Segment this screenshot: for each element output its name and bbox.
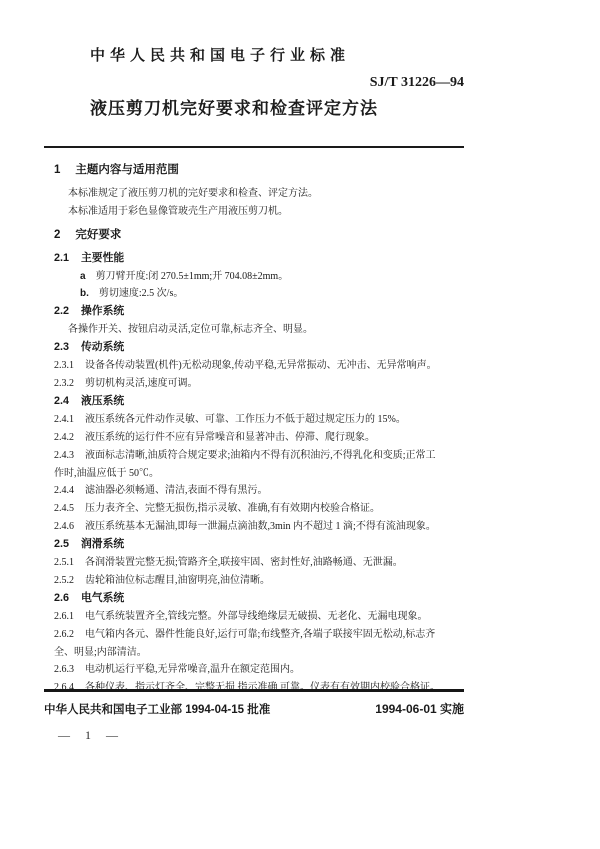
clause-number: 2.5 bbox=[54, 536, 69, 554]
doc-line-2.6.3: 2.6.3电动机运行平稳,无异常噪音,温升在额定范围内。 bbox=[54, 661, 474, 679]
clause-text: 剪刀臂开度:闭 270.5±1mm;开 704.08±2mm。 bbox=[96, 271, 289, 282]
clause-text: 润滑系统 bbox=[81, 538, 124, 550]
clause-number: 2.4.3 bbox=[54, 447, 74, 465]
doc-line-2.3.1: 2.3.1设备各传动装置(机件)无松动现象,传动平稳,无异常振动、无冲击、无异常… bbox=[54, 357, 474, 375]
clause-number: 2.5.1 bbox=[54, 554, 74, 572]
clause-text: 设备各传动装置(机件)无松动现象,传动平稳,无异常振动、无冲击、无异常响声。 bbox=[85, 360, 437, 371]
doc-line-2.4.1: 2.4.1液压系统各元件动作灵敏、可靠、工作压力不低于超过规定压力的 15%。 bbox=[54, 411, 474, 429]
doc-line-2: 2完好要求 bbox=[54, 221, 474, 250]
clause-number: a bbox=[80, 268, 86, 286]
clause-text: 作时,油温应低于 50℃。 bbox=[54, 468, 159, 479]
clause-number: 2.6.3 bbox=[54, 661, 74, 679]
clause-number: 2.1 bbox=[54, 250, 69, 268]
clause-number: 2.6 bbox=[54, 590, 69, 608]
clause-text: 液压系统 bbox=[81, 395, 124, 407]
doc-line-2.2: 2.2操作系统 bbox=[54, 303, 474, 321]
clause-text: 液压系统基本无漏油,即每一泄漏点滴油数,3min 内不超过 1 滴;不得有流油现… bbox=[85, 521, 436, 532]
doc-line-2.4.2: 2.4.2液压系统的运行件不应有异常噪音和显著冲击、停滞、爬行现象。 bbox=[54, 429, 474, 447]
clause-text: 滤油器必须畅通、清洁,表面不得有黑污。 bbox=[85, 485, 268, 496]
doc-line-cont-2: 本标准适用于彩色显像管玻壳生产用液压剪刀机。 bbox=[54, 203, 474, 221]
doc-line-2.5: 2.5润滑系统 bbox=[54, 536, 474, 554]
clause-text: 各操作开关、按钮启动灵活,定位可靠,标志齐全、明显。 bbox=[68, 324, 313, 335]
clause-text: 液面标志清晰,油质符合规定要求;油箱内不得有沉积油污,不得乳化和变质;正常工 bbox=[85, 450, 436, 461]
doc-line-cont-26: 全、明显;内部清洁。 bbox=[54, 644, 474, 662]
clause-number: 2.3.2 bbox=[54, 375, 74, 393]
clause-text: 剪切机构灵活,速度可调。 bbox=[85, 378, 198, 389]
clause-number: 2 bbox=[54, 227, 60, 245]
clause-number: 2.6.1 bbox=[54, 608, 74, 626]
standard-number: SJ/T 31226—94 bbox=[44, 74, 464, 92]
doc-line-2.1: 2.1主要性能 bbox=[54, 250, 474, 268]
header-divider bbox=[44, 146, 464, 148]
implementation-line: 1994-06-01 实施 bbox=[375, 700, 464, 717]
clause-number: 2.4.6 bbox=[54, 518, 74, 536]
clause-number: 2.4.2 bbox=[54, 429, 74, 447]
doc-line-2.4.3: 2.4.3液面标志清晰,油质符合规定要求;油箱内不得有沉积油污,不得乳化和变质;… bbox=[54, 447, 474, 465]
clause-text: 电气系统 bbox=[81, 592, 124, 604]
clause-text: 压力表齐全、完整无损伤,指示灵敏、准确,有有效期内校验合格证。 bbox=[85, 503, 380, 514]
doc-line-2.6: 2.6电气系统 bbox=[54, 590, 474, 608]
clause-text: 液压系统的运行件不应有异常噪音和显著冲击、停滞、爬行现象。 bbox=[85, 432, 375, 443]
doc-line-2.3.2: 2.3.2剪切机构灵活,速度可调。 bbox=[54, 375, 474, 393]
clause-text: 电气箱内各元、器件性能良好,运行可靠;布线整齐,各端子联接牢固无松动,标志齐 bbox=[85, 629, 435, 640]
doc-line-2.6.1: 2.6.1电气系统装置齐全,管线完整。外部导线绝缘层无破损、无老化、无漏电现象。 bbox=[54, 608, 474, 626]
clause-number: 2.5.2 bbox=[54, 572, 74, 590]
doc-line-2.5.2: 2.5.2齿轮箱油位标志醒目,油窗明亮,油位清晰。 bbox=[54, 572, 474, 590]
doc-line-2.4.6: 2.4.6液压系统基本无漏油,即每一泄漏点滴油数,3min 内不超过 1 滴;不… bbox=[54, 518, 474, 536]
doc-line-2.4.4: 2.4.4滤油器必须畅通、清洁,表面不得有黑污。 bbox=[54, 482, 474, 500]
footer-divider bbox=[44, 689, 464, 692]
clause-text: 电动机运行平稳,无异常噪音,温升在额定范围内。 bbox=[85, 664, 300, 675]
clause-text: 主要性能 bbox=[81, 252, 124, 264]
doc-line-cont-8: 各操作开关、按钮启动灵活,定位可靠,标志齐全、明显。 bbox=[54, 321, 474, 339]
clause-number: 2.2 bbox=[54, 303, 69, 321]
doc-line-2.5.1: 2.5.1各润滑装置完整无损;管路齐全,联接牢固、密封性好,油路畅通、无泄漏。 bbox=[54, 554, 474, 572]
clause-text: 各润滑装置完整无损;管路齐全,联接牢固、密封性好,油路畅通、无泄漏。 bbox=[85, 557, 403, 568]
clause-number: 2.4.1 bbox=[54, 411, 74, 429]
doc-line-2.4: 2.4液压系统 bbox=[54, 393, 474, 411]
clause-text: 齿轮箱油位标志醒目,油窗明亮,油位清晰。 bbox=[85, 575, 270, 586]
clause-number: 1 bbox=[54, 162, 60, 180]
document-page: 中华人民共和国电子行业标准 SJ/T 31226—94 液压剪刀机完好要求和检查… bbox=[0, 0, 600, 849]
doc-line-b.: b.剪切速度:2.5 次/s。 bbox=[54, 285, 474, 303]
document-title: 液压剪刀机完好要求和检查评定方法 bbox=[90, 96, 600, 122]
doc-line-2.3: 2.3传动系统 bbox=[54, 339, 474, 357]
clause-text: 完好要求 bbox=[75, 229, 121, 241]
doc-line-a: a剪刀臂开度:闭 270.5±1mm;开 704.08±2mm。 bbox=[54, 268, 474, 286]
standard-org-line: 中华人民共和国电子行业标准 bbox=[90, 0, 600, 66]
clause-text: 电气系统装置齐全,管线完整。外部导线绝缘层无破损、无老化、无漏电现象。 bbox=[85, 611, 428, 622]
clause-number: 2.6.2 bbox=[54, 626, 74, 644]
clause-text: 主题内容与适用范围 bbox=[75, 164, 179, 176]
clause-text: 液压系统各元件动作灵敏、可靠、工作压力不低于超过规定压力的 15%。 bbox=[85, 414, 406, 425]
page-number: — 1 — bbox=[58, 728, 122, 743]
clause-number: b. bbox=[80, 285, 89, 303]
clause-number: 2.4.4 bbox=[54, 482, 74, 500]
clause-number: 2.3.1 bbox=[54, 357, 74, 375]
doc-line-2.4.5: 2.4.5压力表齐全、完整无损伤,指示灵敏、准确,有有效期内校验合格证。 bbox=[54, 500, 474, 518]
clause-text: 全、明显;内部清洁。 bbox=[54, 647, 147, 658]
footer: 中华人民共和国电子工业部 1994-04-15 批准 1994-06-01 实施 bbox=[44, 700, 464, 717]
clause-text: 传动系统 bbox=[81, 341, 124, 353]
doc-line-2.6.2: 2.6.2电气箱内各元、器件性能良好,运行可靠;布线整齐,各端子联接牢固无松动,… bbox=[54, 626, 474, 644]
clause-number: 2.3 bbox=[54, 339, 69, 357]
clause-text: 本标准规定了液压剪刀机的完好要求和检查、评定方法。 bbox=[68, 188, 318, 199]
clause-text: 本标准适用于彩色显像管玻壳生产用液压剪刀机。 bbox=[68, 206, 288, 217]
clause-number: 2.4 bbox=[54, 393, 69, 411]
doc-line-1: 1主题内容与适用范围 bbox=[54, 156, 474, 185]
clause-text: 剪切速度:2.5 次/s。 bbox=[99, 288, 183, 299]
doc-line-cont-1: 本标准规定了液压剪刀机的完好要求和检查、评定方法。 bbox=[54, 185, 474, 203]
doc-line-cont-16: 作时,油温应低于 50℃。 bbox=[54, 465, 474, 483]
approval-line: 中华人民共和国电子工业部 1994-04-15 批准 bbox=[44, 701, 270, 717]
clause-text: 操作系统 bbox=[81, 305, 124, 317]
clause-number: 2.4.5 bbox=[54, 500, 74, 518]
document-body: 1主题内容与适用范围本标准规定了液压剪刀机的完好要求和检查、评定方法。本标准适用… bbox=[54, 156, 474, 697]
